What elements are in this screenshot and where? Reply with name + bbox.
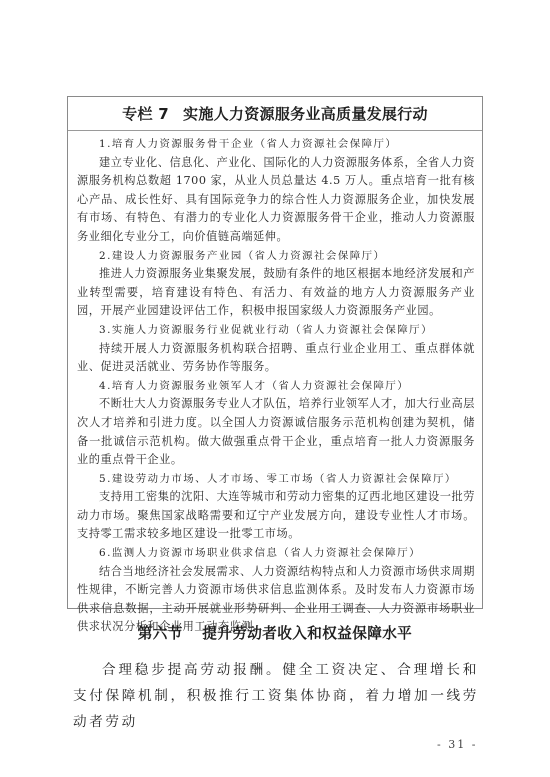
feature-box: 专栏 7 实施人力资源服务业高质量发展行动 1.培育人力资源服务骨干企业（省人力… [67,96,483,609]
box-title: 专栏 7 实施人力资源服务业高质量发展行动 [68,97,482,131]
item-text: 不断壮大人力资源服务专业人才队伍，培养行业领军人才，加大行业高层次人才培养和引进… [77,395,475,469]
item-heading: 2.建设人力资源服务产业园（省人力资源社会保障厅） [77,247,475,266]
page-number: - 31 - [437,738,477,751]
item-heading: 3.实施人力资源服务行业促就业行动（省人力资源社会保障厅） [77,321,475,340]
item-heading: 6.监测人力资源市场职业供求信息（省人力资源社会保障厅） [77,544,475,563]
box-item: 3.实施人力资源服务行业促就业行动（省人力资源社会保障厅） 持续开展人力资源服务… [77,321,475,377]
section-heading: 第六节 提升劳动者收入和权益保障水平 [0,622,550,643]
box-item: 4.培育人力资源服务业领军人才（省人力资源社会保障厅） 不断壮大人力资源服务专业… [77,377,475,470]
item-text: 推进人力资源服务业集聚发展，鼓励有条件的地区根据本地经济发展和产业转型需要，培育… [77,265,475,321]
body-paragraph: 合理稳步提高劳动报酬。健全工资决定、合理增长和支付保障机制，积极推行工资集体协商… [73,657,479,735]
box-body: 1.培育人力资源服务骨干企业（省人力资源社会保障厅） 建立专业化、信息化、产业化… [68,131,482,637]
box-item: 2.建设人力资源服务产业园（省人力资源社会保障厅） 推进人力资源服务业集聚发展，… [77,247,475,321]
box-item: 1.培育人力资源服务骨干企业（省人力资源社会保障厅） 建立专业化、信息化、产业化… [77,135,475,247]
section-number: 第六节 [138,625,183,642]
item-heading: 1.培育人力资源服务骨干企业（省人力资源社会保障厅） [77,135,475,154]
item-heading: 5.建设劳动力市场、人才市场、零工市场（省人力资源社会保障厅） [77,470,475,489]
item-text: 持续开展人力资源服务机构联合招聘、重点行业企业用工、重点群体就业、促进灵活就业、… [77,340,475,377]
box-number: 专栏 7 [122,103,169,124]
box-item: 5.建设劳动力市场、人才市场、零工市场（省人力资源社会保障厅） 支持用工密集的沈… [77,470,475,544]
item-text: 建立专业化、信息化、产业化、国际化的人力资源服务体系，全省人力资源服务机构总数超… [77,154,475,247]
section-title: 提升劳动者收入和权益保障水平 [202,625,412,642]
item-text: 支持用工密集的沈阳、大连等城市和劳动力密集的辽西北地区建设一批劳动力市场。聚焦国… [77,488,475,544]
box-title-text: 实施人力资源服务业高质量发展行动 [183,103,428,124]
item-heading: 4.培育人力资源服务业领军人才（省人力资源社会保障厅） [77,377,475,396]
